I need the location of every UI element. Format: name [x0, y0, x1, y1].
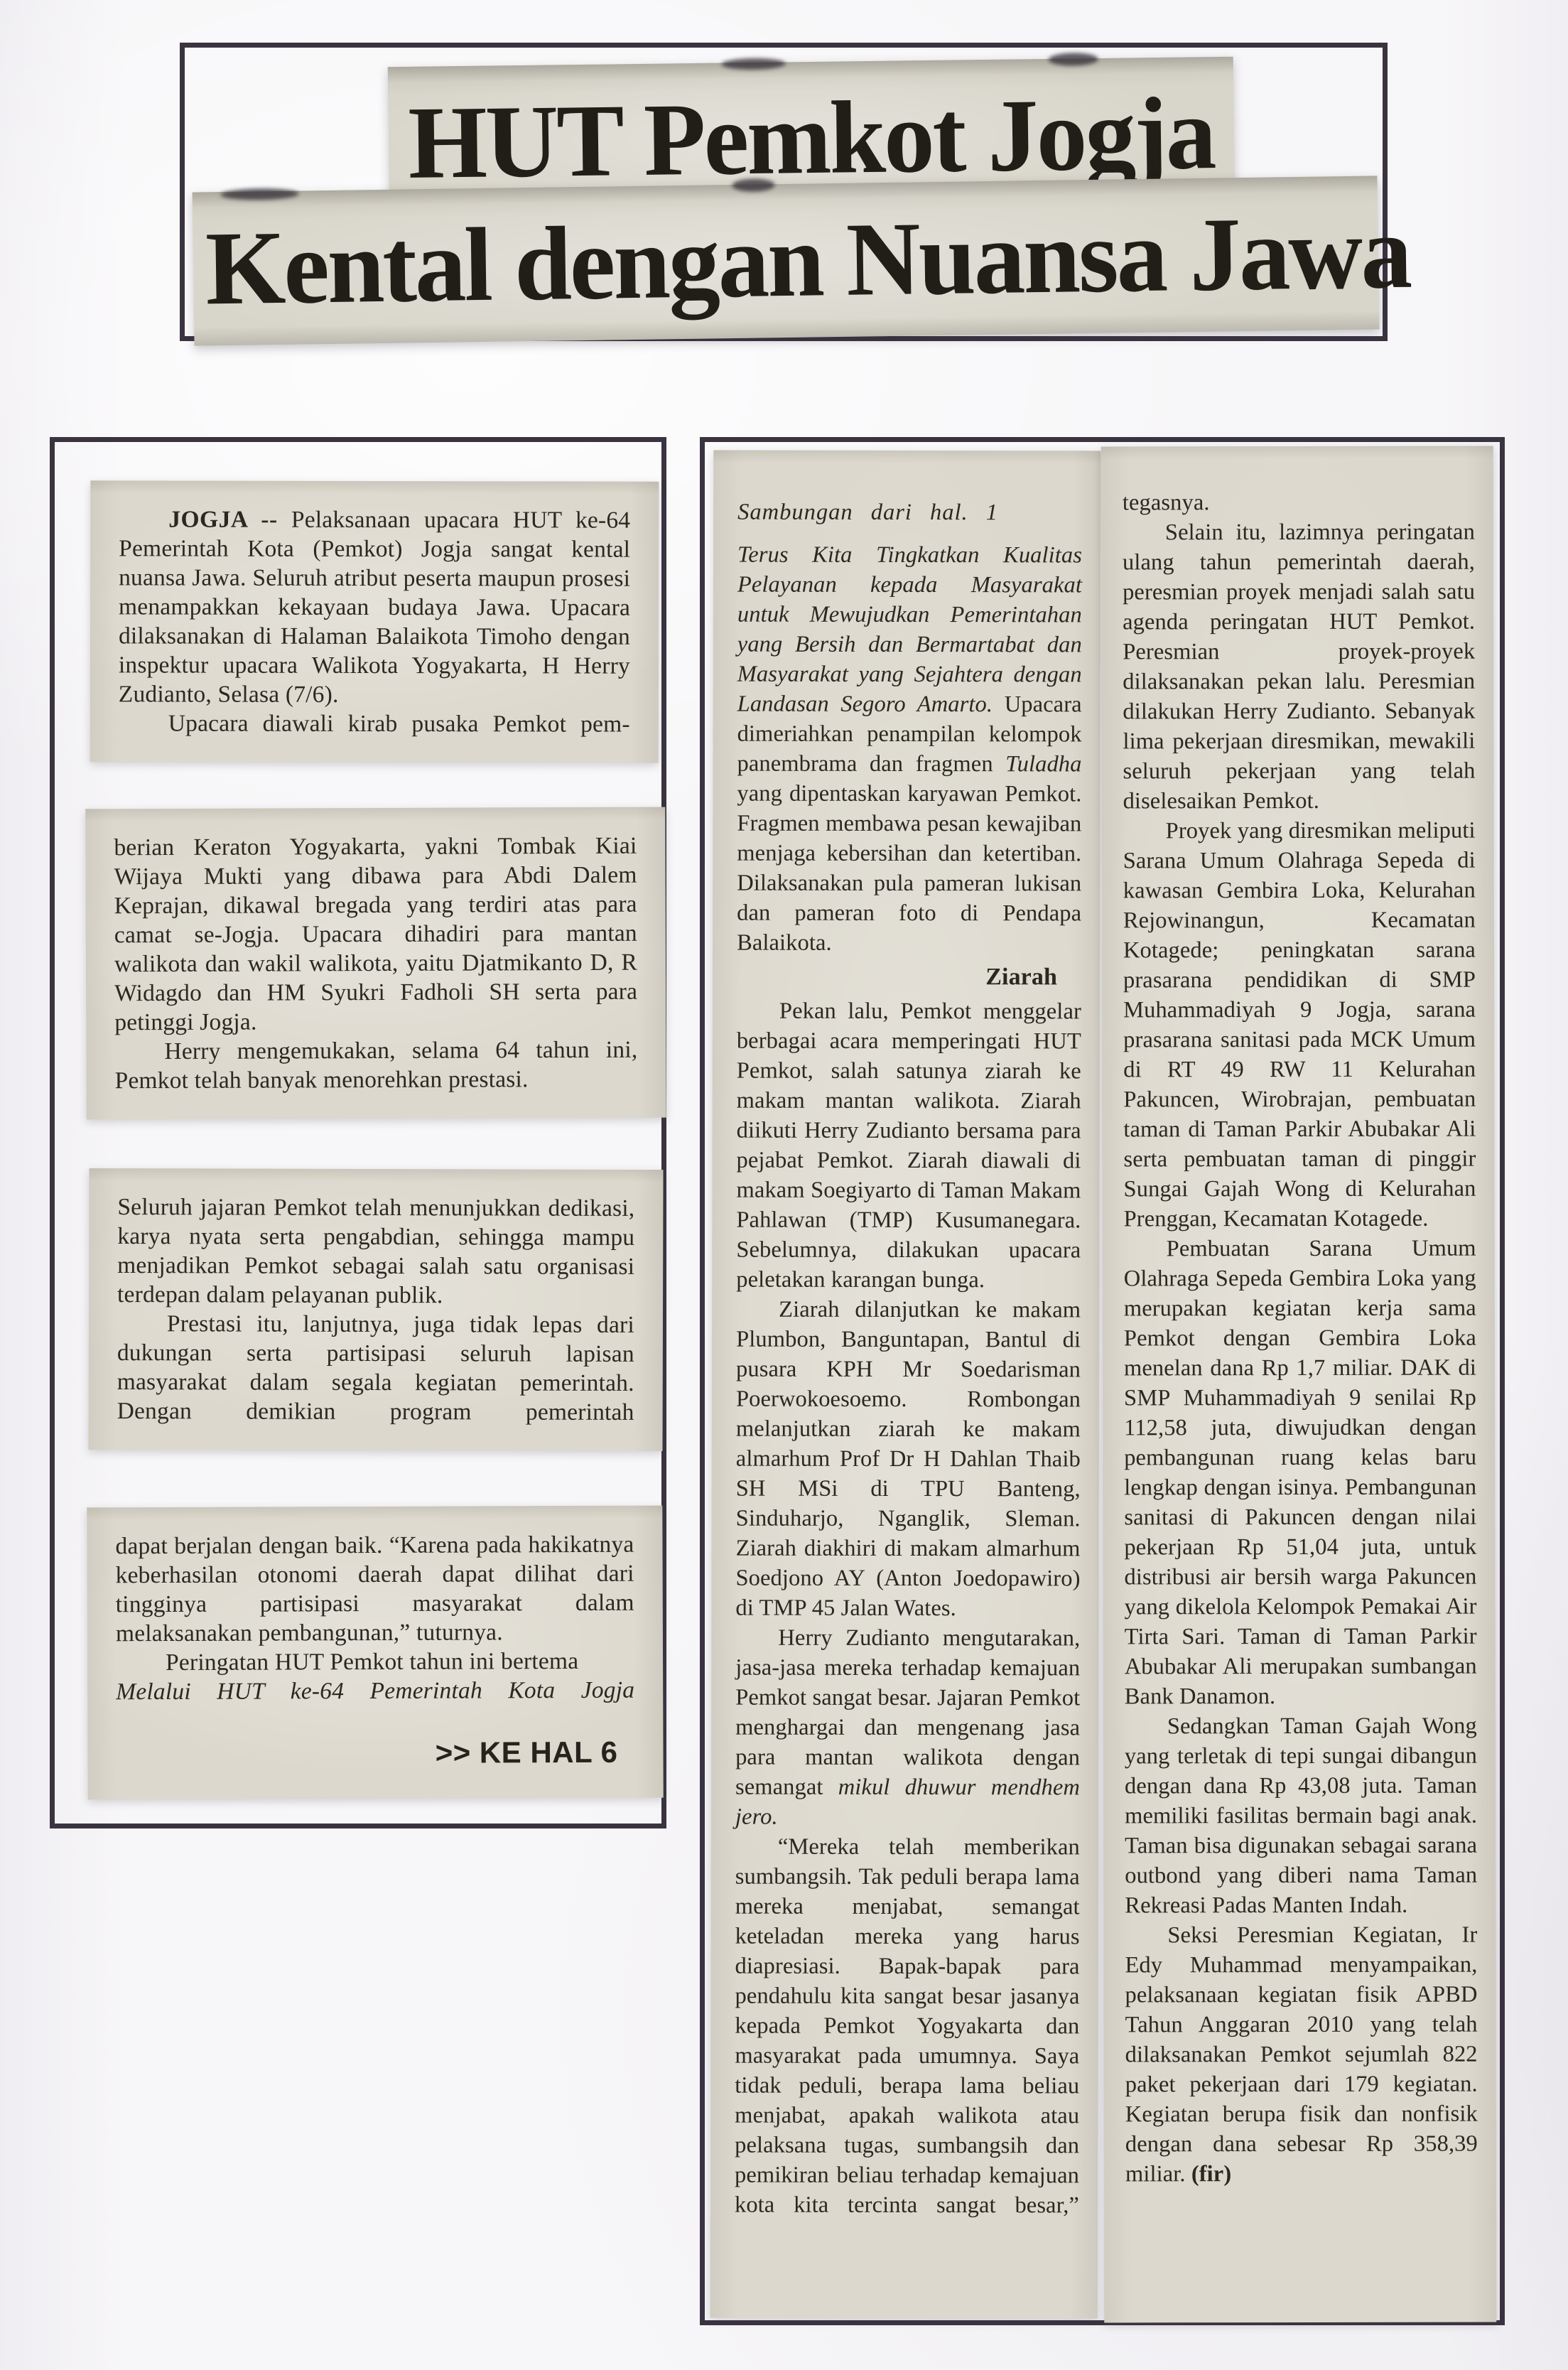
article-clipping-2: berian Keraton Yogyakarta, yakni Tombak …: [85, 807, 666, 1120]
paragraph-text: Selain itu, lazimnya peringatan ulang ta…: [1123, 519, 1476, 814]
front-page-article-frame: JOGJA -- Pelaksanaan upacara HUT ke-64 P…: [50, 437, 666, 1828]
paragraph: berian Keraton Yogyakarta, yakni Tombak …: [114, 831, 637, 1038]
continuation-column-left: Sambungan dari hal. 1 Terus Kita Tingkat…: [710, 451, 1101, 2319]
kicker-text: Sambungan dari hal. 1: [737, 500, 998, 526]
subhead-text: Ziarah: [985, 964, 1057, 990]
paragraph: Selain itu, lazimnya peringatan ulang ta…: [1123, 517, 1476, 817]
paragraph: Seluruh jajaran Pemkot telah menunjukkan…: [117, 1192, 634, 1310]
performance-title: Tuladha: [1005, 751, 1081, 777]
scanned-newspaper-page: { "headline": { "line1": "HUT Pemkot Jog…: [0, 0, 1568, 2370]
paragraph-text: Peringatan HUT Pemkot tahun ini bertema: [166, 1648, 578, 1676]
headline-frame: HUT Pemkot Jogja Kental dengan Nuansa Ja…: [180, 43, 1388, 341]
paragraph-text: Ziarah dilanjutkan ke makam Plumbon, Ban…: [735, 1297, 1081, 1621]
paragraph-text: Proyek yang diresmikan meliputi Sarana U…: [1123, 818, 1476, 1232]
headline-text-line2: Kental dengan Nuansa Jawa: [205, 176, 1411, 346]
paragraph-text: Pembuatan Sarana Umum Olahraga Sepeda Ge…: [1124, 1236, 1477, 1710]
continuation-article-frame: Sambungan dari hal. 1 Terus Kita Tingkat…: [700, 437, 1505, 2325]
paragraph-text: yang dipentaskan karyawan Pemkot. Fragme…: [737, 781, 1081, 956]
paragraph: Peringatan HUT Pemkot tahun ini bertema: [116, 1647, 634, 1678]
paragraph: Herry Zudianto mengutarakan, jasa-jasa m…: [735, 1623, 1081, 1833]
paragraph: Herry mengemukakan, selama 64 tahun ini,…: [114, 1035, 637, 1096]
paragraph: Upacara diawali kirab pusaka Pemkot pem-: [119, 709, 630, 738]
paragraph-text: Pelaksanaan upacara HUT ke-64 Pemerintah…: [119, 507, 630, 708]
paragraph: tegasnya.: [1123, 488, 1475, 518]
article-theme-text: Terus Kita Tingkatkan Kualitas Pelayanan…: [737, 542, 1082, 718]
paragraph: Sedangkan Taman Gajah Wong yang terletak…: [1125, 1711, 1478, 1921]
jump-to-page-label: >> KE HAL 6: [436, 1735, 618, 1770]
article-theme-line: Melalui HUT ke-64 Pemerintah Kota Jogja: [116, 1676, 634, 1707]
continuation-column-right: tegasnya. Selain itu, lazimnya peringata…: [1101, 446, 1497, 2323]
continuation-kicker: Sambungan dari hal. 1: [737, 497, 1082, 528]
paragraph-text: berian Keraton Yogyakarta, yakni Tombak …: [114, 833, 637, 1036]
paragraph-text: “Mereka telah memberikan sumbangsih. Tak…: [735, 1834, 1080, 2219]
paragraph: Pembuatan Sarana Umum Olahraga Sepeda Ge…: [1124, 1234, 1477, 1712]
jump-line: >> KE HAL 6: [116, 1738, 634, 1769]
paragraph: Pekan lalu, Pemkot menggelar berbagai ac…: [736, 996, 1081, 1296]
paragraph-text: Upacara diawali kirab pusaka Pemkot pem-: [168, 710, 630, 737]
article-clipping-4: dapat berjalan dengan baik. “Karena pada…: [87, 1506, 663, 1800]
section-subhead: Ziarah: [737, 962, 1081, 993]
paragraph-text: dapat berjalan dengan baik. “Karena pada…: [115, 1531, 634, 1647]
article-clipping-3: Seluruh jajaran Pemkot telah menunjukkan…: [88, 1168, 663, 1451]
paragraph: Seksi Peresmian Kegiatan, Ir Edy Muhamma…: [1125, 1920, 1478, 2189]
paragraph-text: Pekan lalu, Pemkot menggelar berbagai ac…: [736, 998, 1081, 1293]
paragraph: Proyek yang diresmikan meliputi Sarana U…: [1123, 816, 1476, 1234]
headline-clipping-line2: Kental dengan Nuansa Jawa: [193, 176, 1380, 345]
paragraph-text: Herry Zudianto mengutarakan, jasa-jasa m…: [735, 1625, 1080, 1800]
paragraph: dapat berjalan dengan baik. “Karena pada…: [115, 1530, 634, 1649]
paragraph-text: Prestasi itu, lanjutnya, juga tidak lepa…: [117, 1310, 634, 1426]
paragraph: Terus Kita Tingkatkan Kualitas Pelayanan…: [737, 540, 1082, 959]
author-initials: (fir): [1191, 2161, 1232, 2187]
paragraph-text: tegasnya.: [1123, 490, 1210, 515]
theme-text: Melalui HUT ke-64 Pemerintah Kota Jogja: [116, 1677, 634, 1706]
paragraph: “Mereka telah memberikan sumbangsih. Tak…: [735, 1832, 1080, 2221]
paragraph-text: Sedangkan Taman Gajah Wong yang terletak…: [1125, 1713, 1477, 1919]
paragraph-text: Seksi Peresmian Kegiatan, Ir Edy Muhamma…: [1125, 1922, 1478, 2187]
article-clipping-1: JOGJA -- Pelaksanaan upacara HUT ke-64 P…: [90, 480, 659, 763]
paragraph-text: Herry mengemukakan, selama 64 tahun ini,…: [115, 1037, 638, 1094]
paragraph: JOGJA -- Pelaksanaan upacara HUT ke-64 P…: [119, 505, 630, 709]
paragraph: Prestasi itu, lanjutnya, juga tidak lepa…: [117, 1309, 634, 1427]
paragraph: Ziarah dilanjutkan ke makam Plumbon, Ban…: [735, 1295, 1081, 1624]
paragraph-text: Seluruh jajaran Pemkot telah menunjukkan…: [117, 1194, 634, 1308]
dateline: JOGJA --: [168, 506, 277, 532]
